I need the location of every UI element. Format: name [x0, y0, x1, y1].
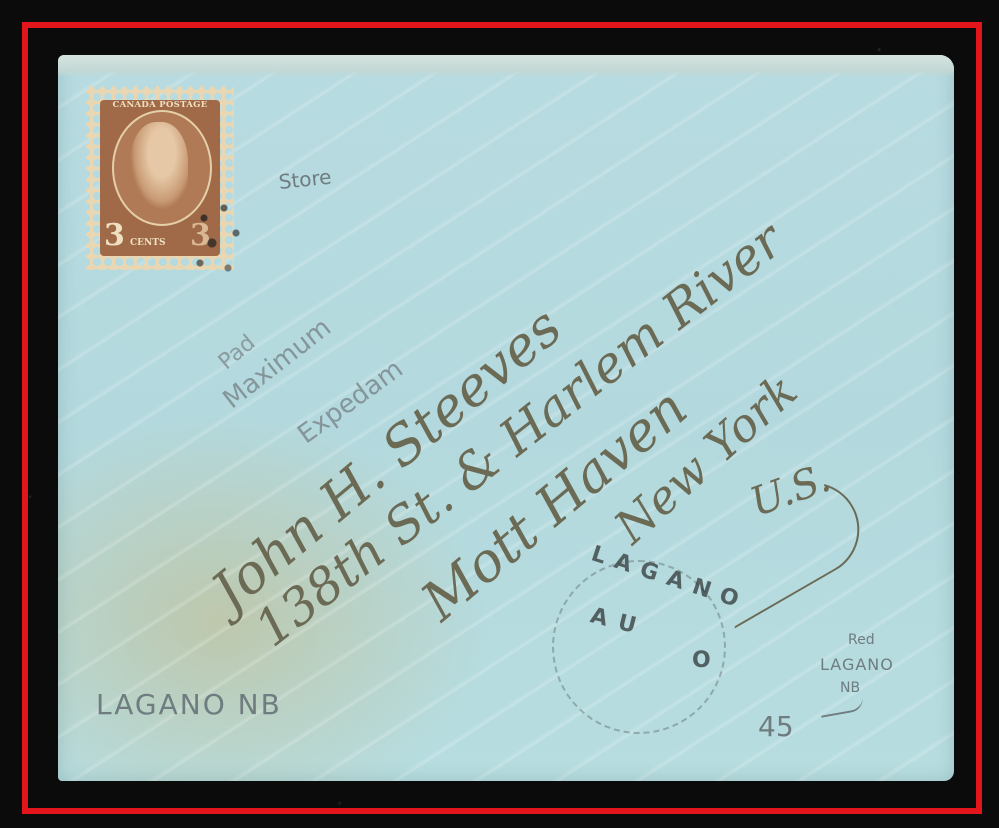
pencil-reference-line-3: NB [840, 680, 860, 696]
postmark-extra: O [692, 648, 711, 673]
stamp-denomination: CENTS [130, 238, 165, 248]
cork-cancel-mark [180, 188, 260, 288]
pencil-origin-note: LAGANO NB [96, 688, 282, 721]
stamp-value-left: 3 [104, 218, 125, 253]
stamp-inscription: CANADA POSTAGE [100, 100, 220, 110]
envelope-top-edge [58, 55, 954, 77]
pencil-reference-line-2: LAGANO [820, 655, 894, 674]
pencil-price: 45 [758, 710, 794, 743]
pencil-reference-line-1: Red [848, 632, 875, 648]
